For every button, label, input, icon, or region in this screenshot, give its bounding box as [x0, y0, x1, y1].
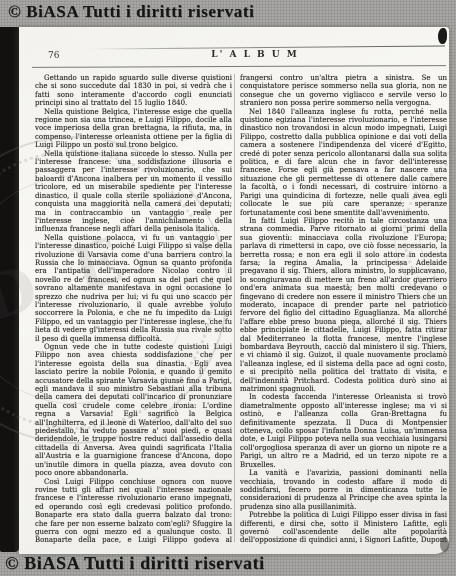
paragraph: In fatti Luigi Filippo recitò in tale ci… — [240, 217, 447, 394]
watermark-top-text: © BiASA Tutti i diritti riservati — [8, 2, 254, 22]
corner-mark — [438, 28, 447, 44]
column-divider — [234, 74, 235, 542]
text-column-left: Gettando un rapido sguardo sulle diverse… — [35, 74, 232, 544]
paragraph: Nella quistione polacca, vi fu un vantag… — [35, 234, 232, 343]
page-crease — [89, 45, 445, 49]
watermark-bottom-text: © BiASA Tutti i diritti riservati — [5, 553, 265, 574]
paragraph: frangersi contro un'altra pietra a sinis… — [240, 74, 447, 108]
paragraph: Gettando un rapido sguardo sulle diverse… — [35, 74, 232, 108]
paragraph: Nel 1840 l'alleanza inglese fu rotta, pe… — [240, 108, 447, 217]
scan-edge-strip — [0, 27, 19, 552]
paragraph: Nella quistione Belgica, l'interesse esi… — [35, 108, 232, 150]
paragraph: Così Luigi Filippo conchiuse ognora con … — [35, 478, 232, 545]
paragraph: Potrebbe la politica di Luigi Filippo es… — [240, 511, 447, 544]
journal-title: L' A L B U M — [211, 50, 298, 60]
paragraph: La vanità e l'avarizia, passioni dominan… — [240, 469, 447, 511]
paragraph: Ognun vede che in tutte codeste quistion… — [35, 343, 232, 478]
paragraph: In codesta faccenda l'interesse Orleanis… — [240, 393, 447, 469]
scanned-page: 76 L' A L B U M Gettando un rapido sguar… — [19, 27, 449, 554]
page-number: 76 — [48, 51, 59, 61]
text-column-right: frangersi contro un'altra pietra a sinis… — [240, 74, 447, 544]
header-rule — [32, 65, 446, 68]
scanned-page-viewer: © BiASA Tutti i diritti riservati 76 L' … — [0, 0, 456, 576]
paragraph: Nella quistione italiana succede lo stes… — [35, 150, 232, 234]
